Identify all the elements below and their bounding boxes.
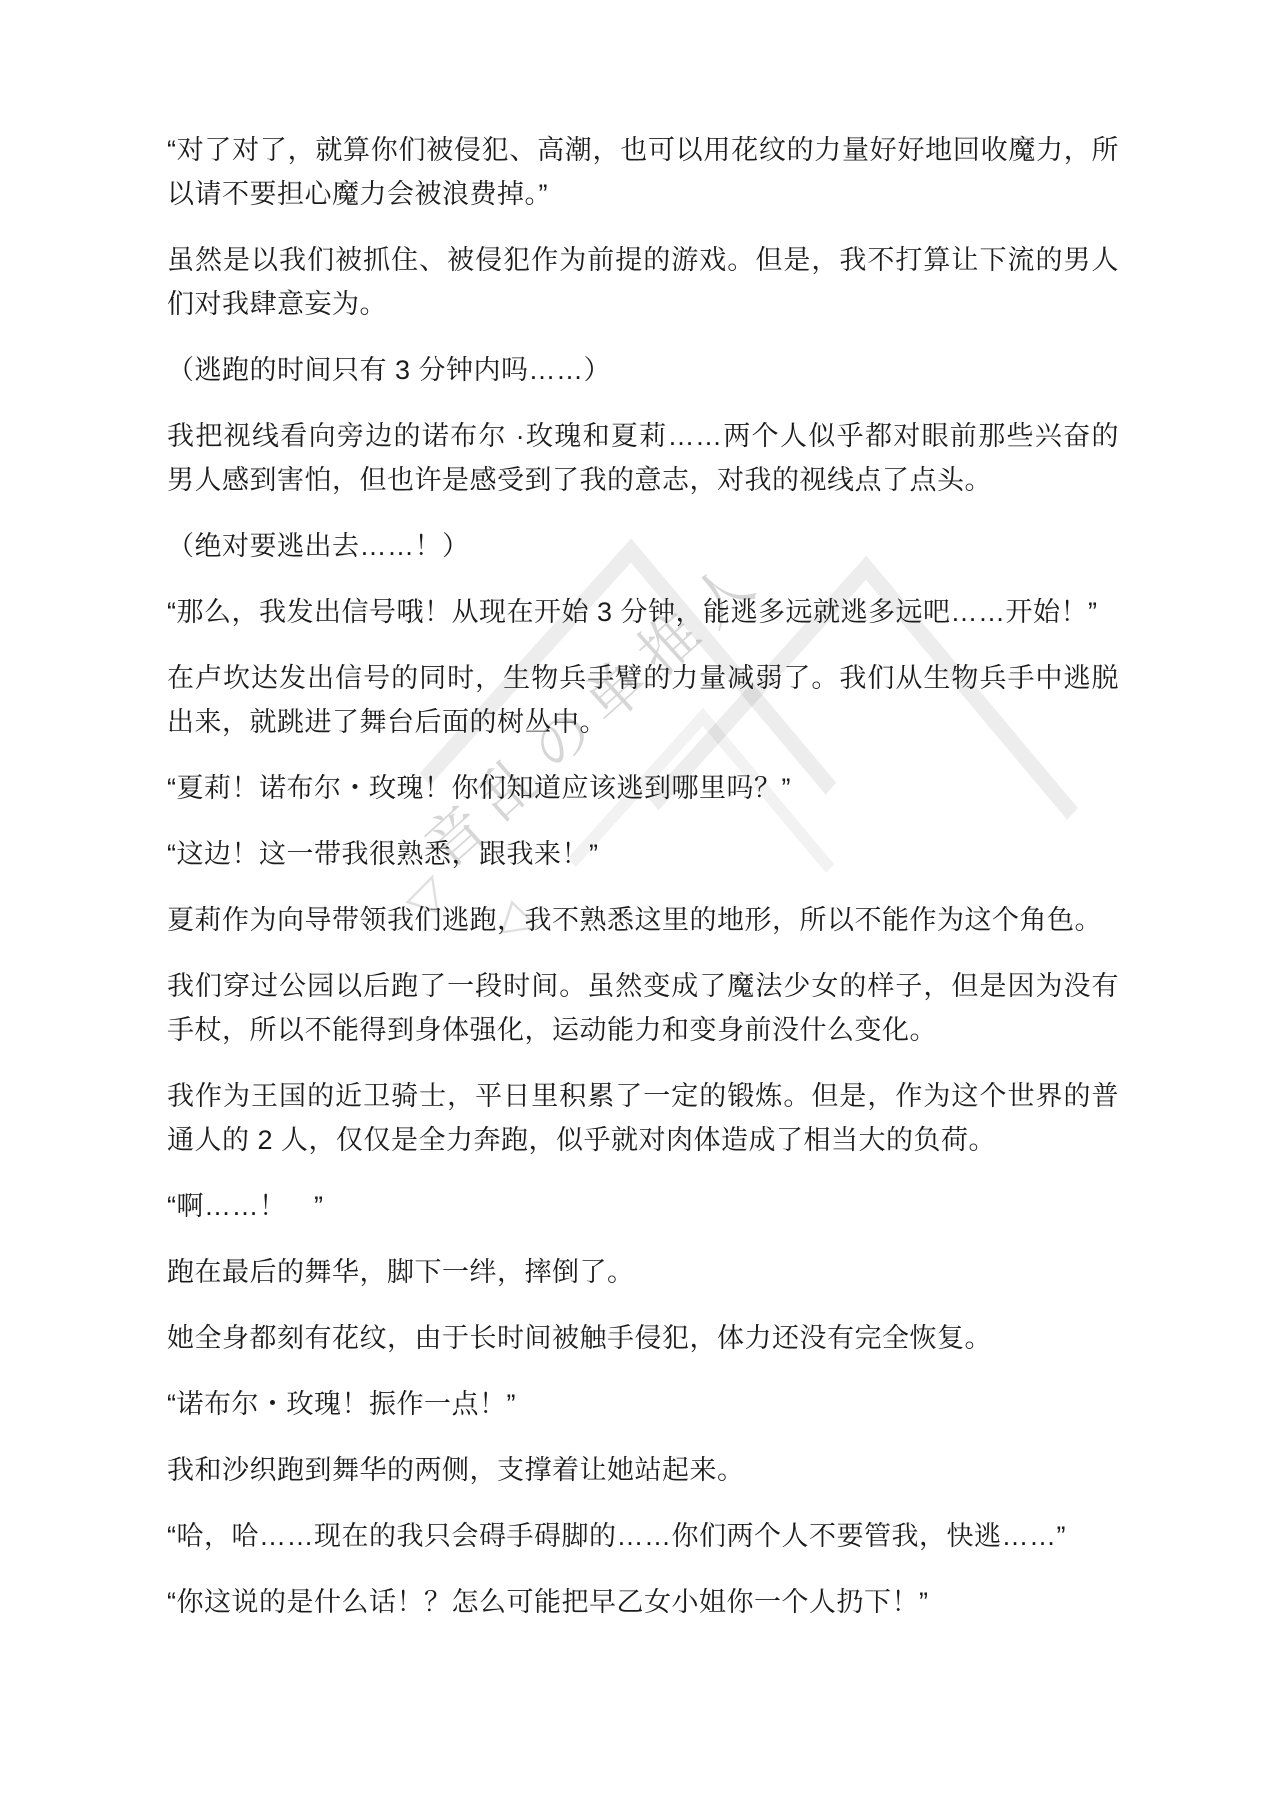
paragraph: “你这说的是什么话！？怎么可能把早乙女小姐你一个人扔下！”	[167, 1580, 1119, 1624]
paragraph: “夏莉！诺布尔・玫瑰！你们知道应该逃到哪里吗？”	[167, 766, 1119, 810]
paragraph: 我作为王国的近卫骑士，平日里积累了一定的锻炼。但是，作为这个世界的普通人的 2 …	[167, 1074, 1119, 1162]
paragraph: 她全身都刻有花纹，由于长时间被触手侵犯，体力还没有完全恢复。	[167, 1316, 1119, 1360]
paragraph: 夏莉作为向导带领我们逃跑，我不熟悉这里的地形，所以不能作为这个角色。	[167, 898, 1119, 942]
paragraph: （逃跑的时间只有 3 分钟内吗……）	[167, 348, 1119, 392]
paragraph: “这边！这一带我很熟悉，跟我来！”	[167, 832, 1119, 876]
paragraph: 我和沙织跑到舞华的两侧，支撑着让她站起来。	[167, 1448, 1119, 1492]
paragraph: “哈，哈……现在的我只会碍手碍脚的……你们两个人不要管我，快逃……”	[167, 1514, 1119, 1558]
paragraph: 我把视线看向旁边的诺布尔 ·玫瑰和夏莉……两个人似乎都对眼前那些兴奋的男人感到害…	[167, 414, 1119, 502]
paragraph: 跑在最后的舞华，脚下一绊，摔倒了。	[167, 1250, 1119, 1294]
page-content: “对了对了，就算你们被侵犯、高潮，也可以用花纹的力量好好地回收魔力，所以请不要担…	[167, 128, 1119, 1646]
document-page: 音乱の单推人 △ ▷ “对了对了，就算你们被侵犯、高潮，也可以用花纹的力量好好地…	[0, 0, 1280, 1810]
paragraph: “那么，我发出信号哦！从现在开始 3 分钟，能逃多远就逃多远吧……开始！”	[167, 590, 1119, 634]
paragraph: 虽然是以我们被抓住、被侵犯作为前提的游戏。但是，我不打算让下流的男人们对我肆意妄…	[167, 238, 1119, 326]
paragraph: “啊……！ ”	[167, 1184, 1119, 1228]
paragraph: 在卢坎达发出信号的同时，生物兵手臂的力量减弱了。我们从生物兵手中逃脱出来，就跳进…	[167, 656, 1119, 744]
paragraph: “对了对了，就算你们被侵犯、高潮，也可以用花纹的力量好好地回收魔力，所以请不要担…	[167, 128, 1119, 216]
paragraph: “诺布尔・玫瑰！振作一点！”	[167, 1382, 1119, 1426]
paragraph: 我们穿过公园以后跑了一段时间。虽然变成了魔法少女的样子，但是因为没有手杖，所以不…	[167, 964, 1119, 1052]
paragraph: （绝对要逃出去……！）	[167, 524, 1119, 568]
